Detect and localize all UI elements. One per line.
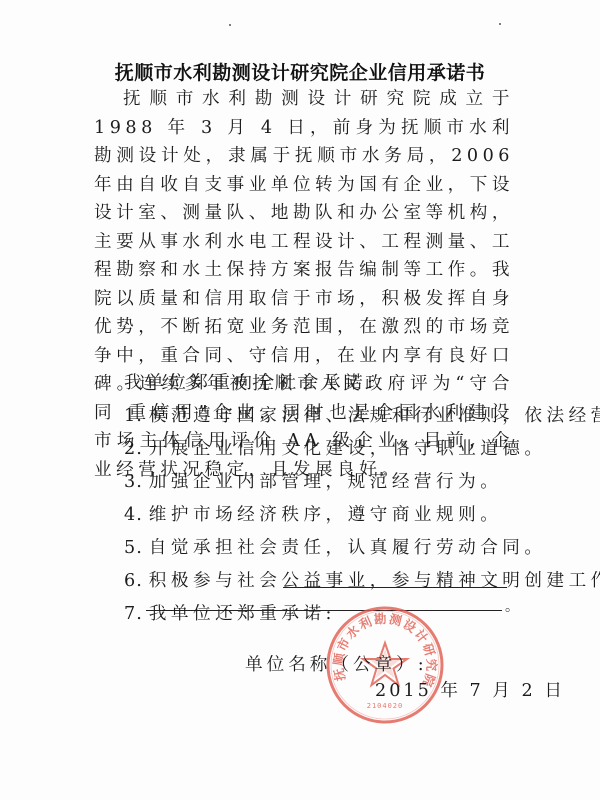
pledge-text: 模范遵守国家法律、法规和行业准则，依法经营。 <box>149 406 600 426</box>
pledge-item: 5.自觉承担社会责任，认真履行劳动合同。 <box>124 535 600 568</box>
blank-end-period: 。 <box>505 596 519 616</box>
pledge-text: 开展企业信用文化建设，恪守职业道德。 <box>149 439 547 459</box>
pledge-number: 3. <box>124 472 143 492</box>
pledge-list: 1.模范遵守国家法律、法规和行业准则，依法经营。 2.开展企业信用文化建设，恪守… <box>124 403 600 634</box>
pledge-number: 4. <box>124 505 143 525</box>
signature-date: 2015 年 7 月 2 日 <box>375 678 565 704</box>
pledge-text: 加强企业内部管理，规范经营行为。 <box>149 472 503 492</box>
pledge-text: 积极参与社会公益事业，参与精神文明创建工作。 <box>149 571 600 591</box>
pledge-item: 6.积极参与社会公益事业，参与精神文明创建工作。 <box>124 568 600 601</box>
pledge-text: 我单位还郑重承诺: <box>149 604 336 624</box>
pledge-item: 1.模范遵守国家法律、法规和行业准则，依法经营。 <box>124 403 600 436</box>
scan-speck <box>229 24 231 26</box>
pledge-number: 6. <box>124 571 143 591</box>
pledge-text: 自觉承担社会责任，认真履行劳动合同。 <box>149 538 547 558</box>
pledge-number: 7. <box>124 604 143 624</box>
scan-speck <box>499 23 501 25</box>
fill-in-blank-line <box>283 587 507 588</box>
signature-unit-label: 单位名称（公章）: <box>245 652 428 678</box>
document-page: 抚顺市水利勘测设计研究院企业信用承诺书 抚顺市水利勘测设计研究院成立于 1988… <box>0 0 600 800</box>
document-title: 抚顺市水利勘测设计研究院企业信用承诺书 <box>0 60 600 86</box>
pledge-item: 3.加强企业内部管理，规范经营行为。 <box>124 469 600 502</box>
pledge-number: 1. <box>124 406 143 426</box>
pledge-number: 5. <box>124 538 143 558</box>
fill-in-blank-line <box>146 610 502 611</box>
pledge-number: 2. <box>124 439 143 459</box>
pledge-item: 2.开展企业信用文化建设，恪守职业道德。 <box>124 436 600 469</box>
pledge-text: 维护市场经济秩序，遵守商业规则。 <box>149 505 503 525</box>
pledge-intro: 我单位郑重向全社会承诺: <box>124 370 377 396</box>
pledge-item: 4.维护市场经济秩序，遵守商业规则。 <box>124 502 600 535</box>
